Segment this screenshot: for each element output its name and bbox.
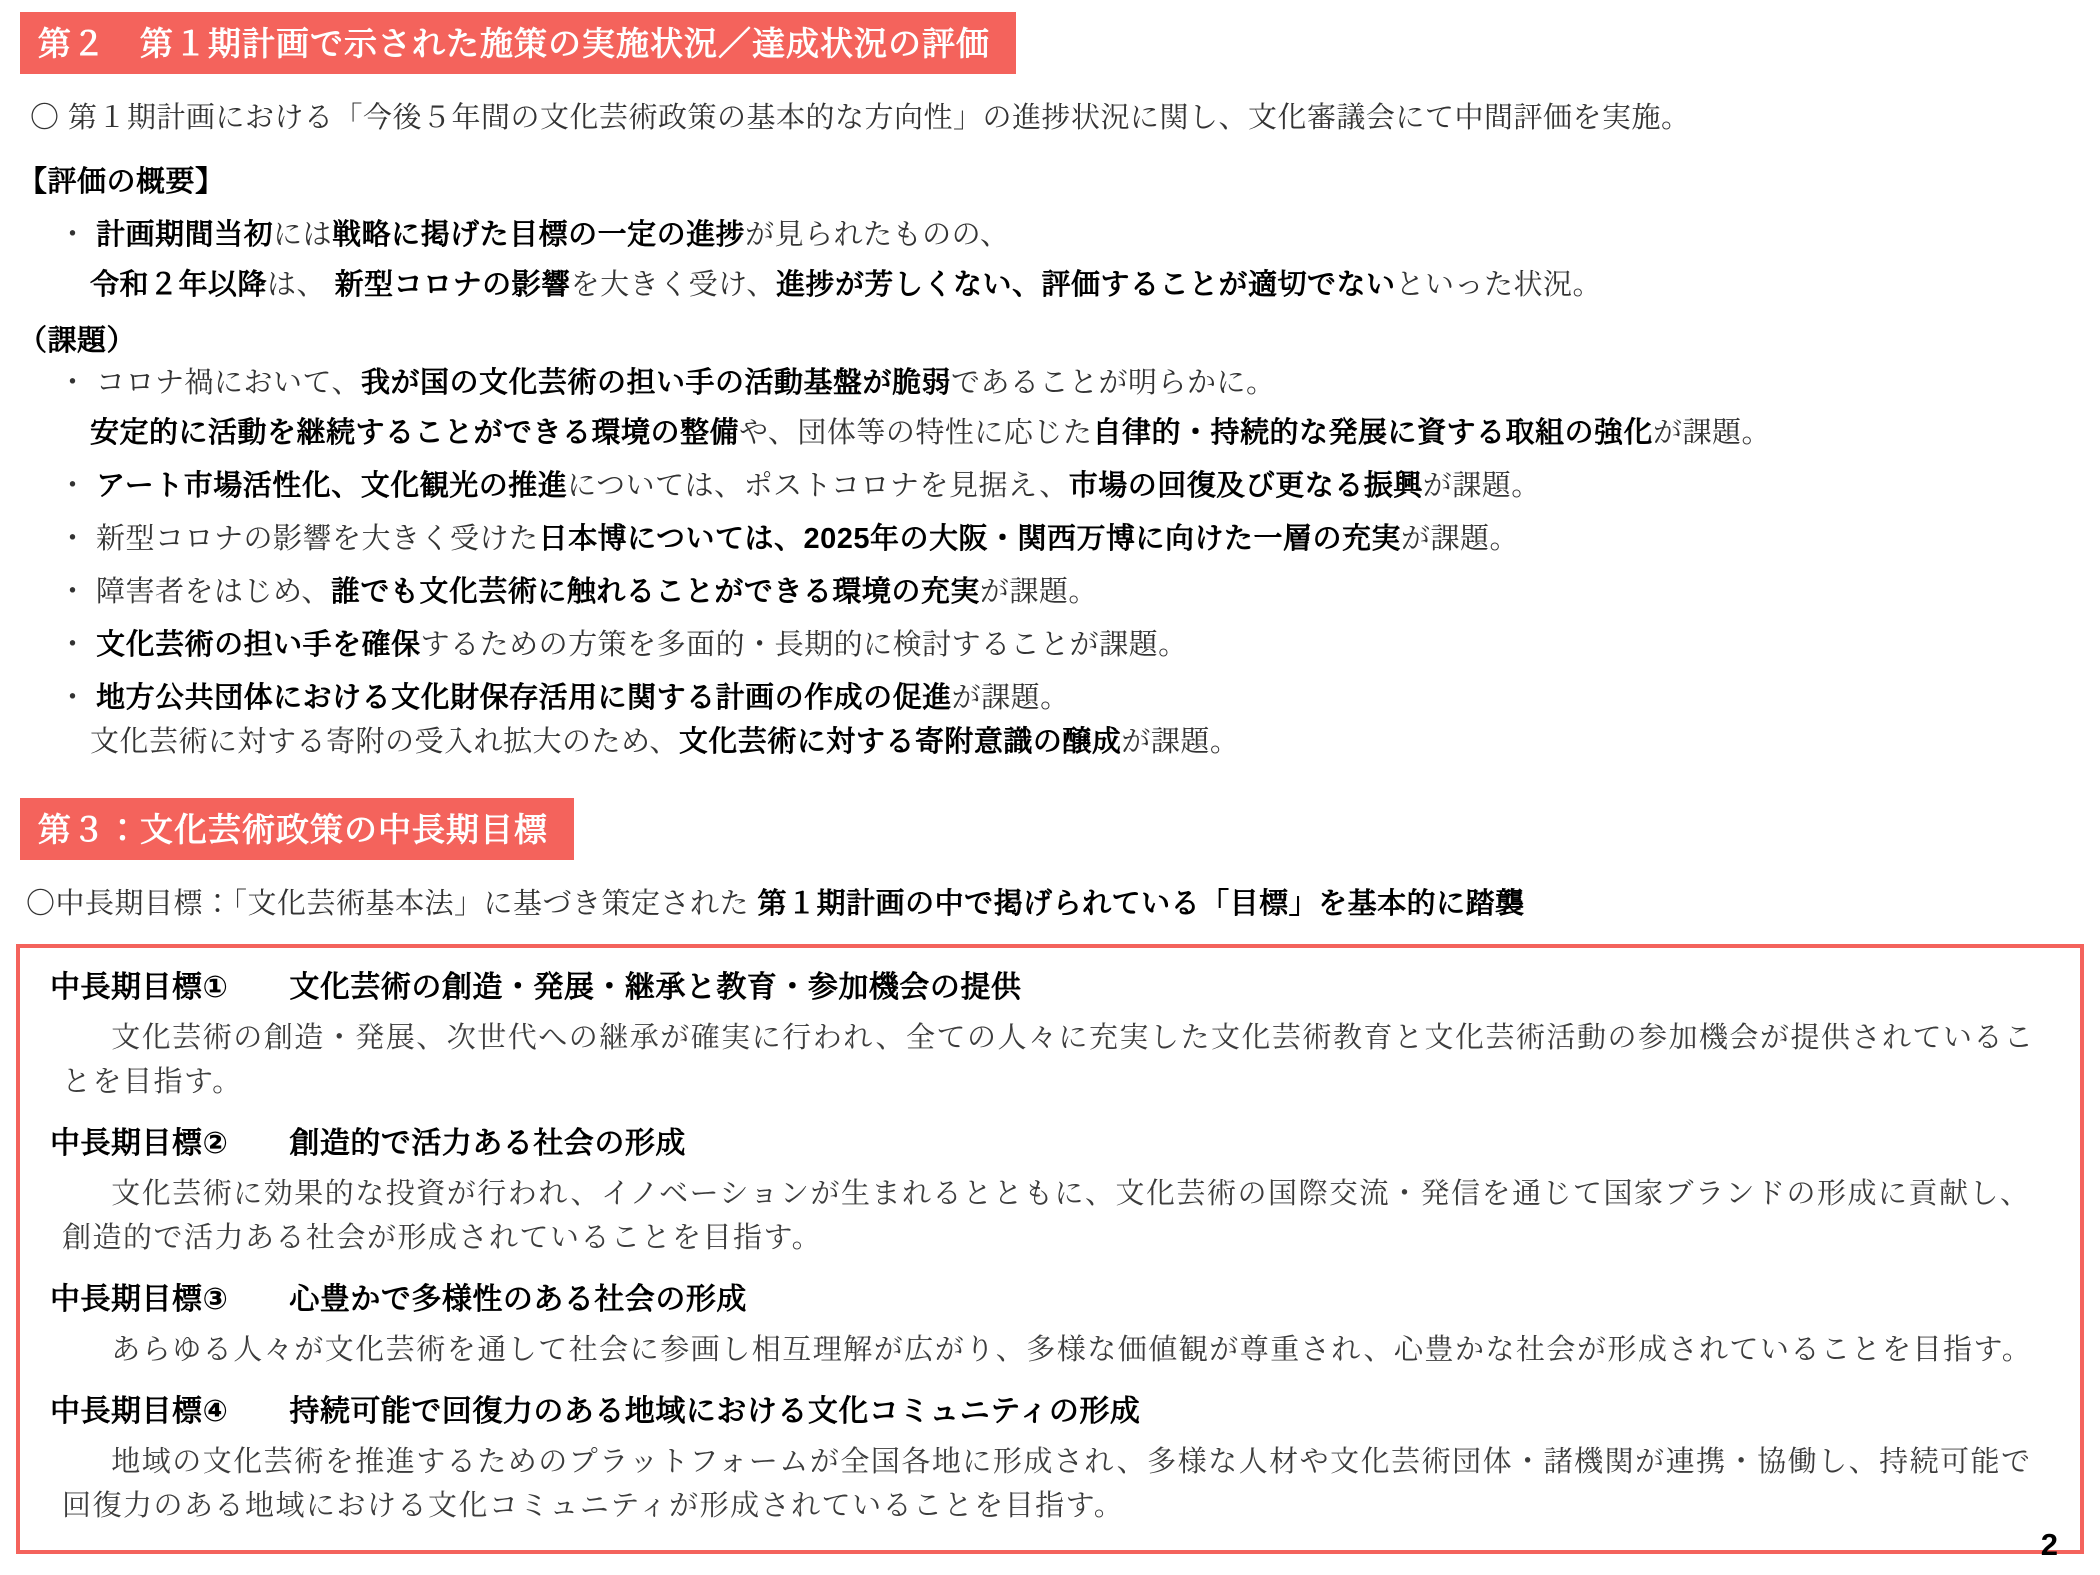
issue-bullet-4: ・ 障害者をはじめ、誰でも文化芸術に触れることができる環境の充実が課題。 <box>0 572 2100 612</box>
issue-bullet-1-line-2: 安定的に活動を継続することができる環境の整備や、団体等の特性に応じた自律的・持続… <box>0 413 2100 453</box>
eval-bullet-1-line-1: ・ 計画期間当初には戦略に掲げた目標の一定の進捗が見られたものの、 <box>0 215 2100 255</box>
goal-2-title: 中長期目標② 創造的で活力ある社会の形成 <box>50 1124 2050 1164</box>
section3-banner-title: 第３：文化芸術政策の中長期目標 <box>20 798 574 860</box>
eval-overview-heading: 【評価の概要】 <box>0 162 2100 202</box>
eval-bullet-1-line-2: 令和２年以降は、 新型コロナの影響を大きく受け、進捗が芳しくない、評価することが… <box>0 265 2100 305</box>
section3-intro: 〇中長期目標：「文化芸術基本法」に基づき策定された 第１期計画の中で掲げられてい… <box>0 884 2100 924</box>
goal-3-title: 中長期目標③ 心豊かで多様性のある社会の形成 <box>50 1280 2050 1320</box>
goal-1-description: 文化芸術の創造・発展、次世代への継承が確実に行われ、全ての人々に充実した文化芸術… <box>62 1016 2050 1104</box>
issue-bullet-2: ・ アート市場活性化、文化観光の推進については、ポストコロナを見据え、市場の回復… <box>0 466 2100 506</box>
issue-bullet-6-line-2: 文化芸術に対する寄附の受入れ拡大のため、文化芸術に対する寄附意識の醸成が課題。 <box>0 722 2100 762</box>
mid-long-term-goals-box: 中長期目標① 文化芸術の創造・発展・継承と教育・参加機会の提供 文化芸術の創造・… <box>16 944 2084 1554</box>
issue-bullet-3: ・ 新型コロナの影響を大きく受けた日本博については、2025年の大阪・関西万博に… <box>0 519 2100 559</box>
issue-bullet-1-line-1: ・ コロナ禍において、我が国の文化芸術の担い手の活動基盤が脆弱であることが明らか… <box>0 363 2100 403</box>
slide-page: 第２ 第１期計画で示された施策の実施状況／達成状況の評価 〇 第１期計画における… <box>0 0 2100 1575</box>
goal-2-description: 文化芸術に効果的な投資が行われ、イノベーションが生まれるとともに、文化芸術の国際… <box>62 1172 2050 1260</box>
goal-4: 中長期目標④ 持続可能で回復力のある地域における文化コミュニティの形成 地域の文… <box>50 1392 2050 1528</box>
goal-4-title: 中長期目標④ 持続可能で回復力のある地域における文化コミュニティの形成 <box>50 1392 2050 1432</box>
goal-1: 中長期目標① 文化芸術の創造・発展・継承と教育・参加機会の提供 文化芸術の創造・… <box>50 968 2050 1104</box>
issue-bullet-6-line-1: ・ 地方公共団体における文化財保存活用に関する計画の作成の促進が課題。 <box>0 678 2100 718</box>
section2-banner-wrap: 第２ 第１期計画で示された施策の実施状況／達成状況の評価 <box>20 12 2100 74</box>
section2-intro: 〇 第１期計画における「今後５年間の文化芸術政策の基本的な方向性」の進捗状況に関… <box>0 98 2100 138</box>
issue-bullet-5: ・ 文化芸術の担い手を確保するための方策を多面的・長期的に検討することが課題。 <box>0 625 2100 665</box>
issues-heading: （課題） <box>0 321 2100 361</box>
goal-2: 中長期目標② 創造的で活力ある社会の形成 文化芸術に効果的な投資が行われ、イノベ… <box>50 1124 2050 1260</box>
section2-banner-title: 第２ 第１期計画で示された施策の実施状況／達成状況の評価 <box>20 12 1016 74</box>
goal-3-description: あらゆる人々が文化芸術を通して社会に参画し相互理解が広がり、多様な価値観が尊重さ… <box>62 1328 2050 1372</box>
goal-3: 中長期目標③ 心豊かで多様性のある社会の形成 あらゆる人々が文化芸術を通して社会… <box>50 1280 2050 1372</box>
goal-4-description: 地域の文化芸術を推進するためのプラットフォームが全国各地に形成され、多様な人材や… <box>62 1440 2050 1528</box>
page-number: 2 <box>2041 1527 2058 1563</box>
goal-1-title: 中長期目標① 文化芸術の創造・発展・継承と教育・参加機会の提供 <box>50 968 2050 1008</box>
section3-banner-wrap: 第３：文化芸術政策の中長期目標 <box>20 798 2100 860</box>
